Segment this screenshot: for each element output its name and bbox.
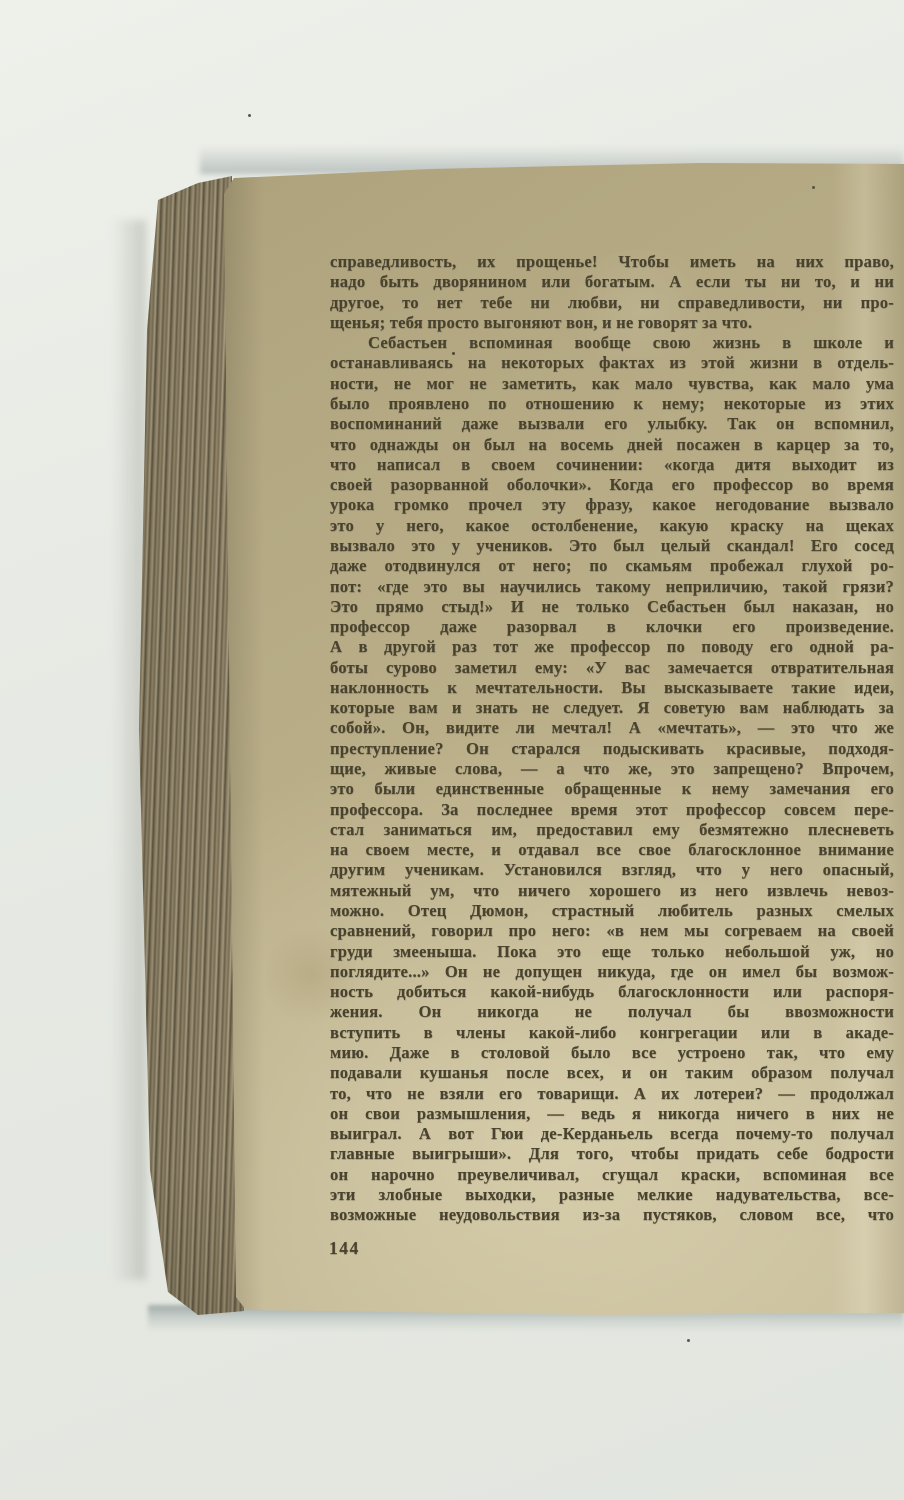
text-line: можно. Отец Дюмон, страстный любитель ра… — [330, 901, 894, 921]
text-line: это у него, какое остолбенение, какую кр… — [330, 516, 894, 536]
text-line: пот: «где это вы научились такому неприл… — [330, 577, 894, 597]
text-line: щие, живые слова, — а что же, это запрещ… — [330, 759, 894, 779]
page-text: справедливость, их прощенье! Чтобы иметь… — [330, 252, 894, 1226]
text-line: было проявлено по отношению к нему; неко… — [330, 394, 894, 414]
text-line: подавали кушанья после всех, и он таким … — [330, 1063, 894, 1083]
text-line: главные выигрыши». Для того, чтобы прида… — [330, 1144, 894, 1164]
text-line: урока громко прочел эту фразу, какое нег… — [330, 495, 894, 515]
text-line: собой». Он, видите ли мечтал! А «мечтать… — [330, 718, 894, 738]
text-line: Это прямо стыд!» И не только Себастьен б… — [330, 597, 894, 617]
text-line: ность добиться какой-нибудь благосклонно… — [330, 982, 894, 1002]
text-line: А в другой раз тот же профессор по повод… — [330, 637, 894, 657]
text-line: что однажды он был на восемь дней посаже… — [330, 435, 894, 455]
text-line: жения. Он никогда не получал бы ввозможн… — [330, 1002, 894, 1022]
text-line: на своем месте, и отдавал все свое благо… — [330, 840, 894, 860]
text-line: что написал в своем сочинении: «когда ди… — [330, 455, 894, 475]
text-line: надо быть дворянином или богатым. А если… — [330, 272, 894, 292]
text-line: это были единственные обращенные к нему … — [330, 779, 894, 799]
text-line: вызвало это у учеников. Это был целый ск… — [330, 536, 894, 556]
text-line: другим ученикам. Установился взгляд, что… — [330, 860, 894, 880]
text-line: он нарочно преувеличивал, сгущал краски,… — [330, 1165, 894, 1185]
text-line: другое, то нет тебе ни любви, ни справед… — [330, 293, 894, 313]
text-line: стал заниматься им, предоставил ему безм… — [330, 820, 894, 840]
text-line: мию. Даже в столовой было все устроено т… — [330, 1043, 894, 1063]
dust-speck — [687, 1339, 690, 1342]
text-line: профессор даже разорвал в клочки его про… — [330, 617, 894, 637]
text-line: выиграл. А вот Гюи де-Керданьель всегда … — [330, 1124, 894, 1144]
text-line: он свои размышления, — ведь я никогда ни… — [330, 1104, 894, 1124]
text-line: сравнений, говорил про него: «в нем мы с… — [330, 921, 894, 941]
text-line: возможные неудовольствия из-за пустяков,… — [330, 1205, 894, 1225]
text-line: воспоминаний даже вызвали его улыбку. Та… — [330, 414, 894, 434]
text-line: поглядите...» Он не допущен никуда, где … — [330, 962, 894, 982]
photo-background: справедливость, их прощенье! Чтобы иметь… — [0, 0, 904, 1500]
text-line: которые вам и знать не следует. Я совету… — [330, 698, 894, 718]
text-line: груди змееныша. Пока это еще только небо… — [330, 942, 894, 962]
text-line: профессора. За последнее время этот проф… — [330, 800, 894, 820]
page-number: 144 — [329, 1237, 360, 1259]
dust-speck — [248, 114, 251, 117]
text-line: Себастьен вспоминая вообще свою жизнь в … — [330, 333, 894, 353]
text-line: наклонность к мечтательности. Вы высказы… — [330, 678, 894, 698]
text-line: эти злобные выходки, разные мелкие надув… — [330, 1185, 894, 1205]
text-line: своей разорванной оболочки». Когда его п… — [330, 475, 894, 495]
text-line: то, что не взяли его товарищи. А их лоте… — [330, 1084, 894, 1104]
text-line: боты сурово заметил ему: «У вас замечает… — [330, 658, 894, 678]
text-line: щенья; тебя просто выгоняют вон, и не го… — [330, 313, 894, 333]
dust-speck — [812, 186, 815, 189]
text-line: мятежный ум, что ничего хорошего из него… — [330, 881, 894, 901]
text-line: останавливаясь на некоторых фактах из эт… — [330, 353, 894, 373]
text-line: справедливость, их прощенье! Чтобы иметь… — [330, 252, 894, 272]
text-line: даже отодвинулся от него; по скамьям про… — [330, 556, 894, 576]
text-line: преступление? Он старался подыскивать кр… — [330, 739, 894, 759]
text-line: вступить в члены какой-либо конгрегации … — [330, 1023, 894, 1043]
text-line: ности, не мог не заметить, как мало чувс… — [330, 374, 894, 394]
